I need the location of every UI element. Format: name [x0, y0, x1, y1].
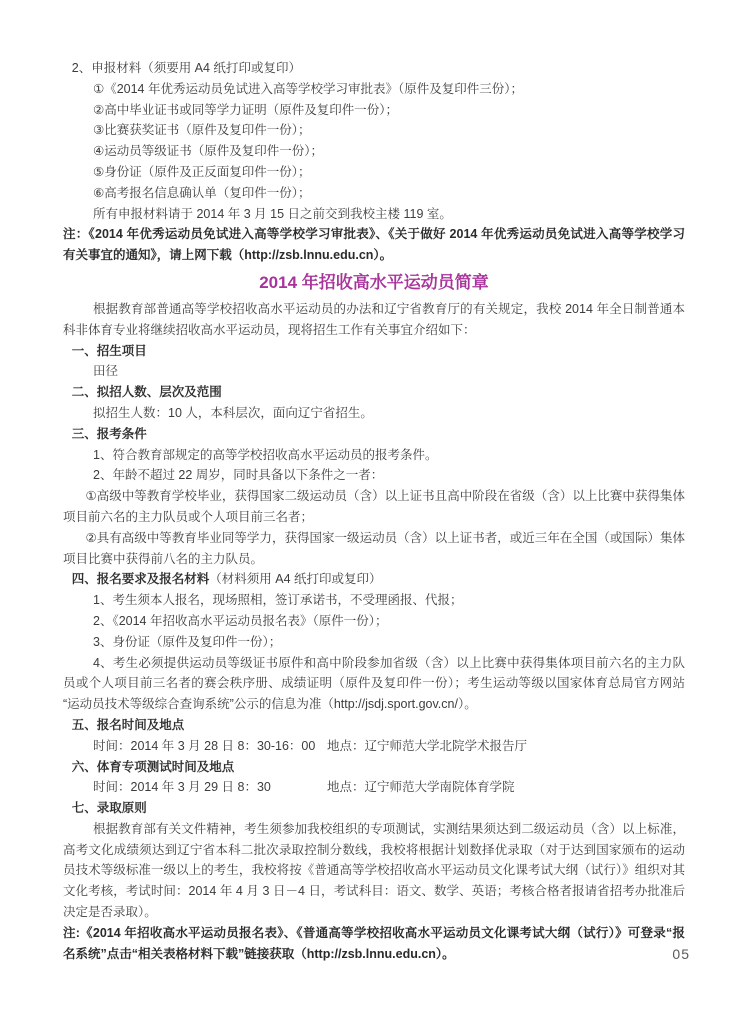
session-time: 时间：2014 年 3 月 28 日 8：30-16：00 — [93, 736, 327, 757]
section-4-heading: 四、报名要求及报名材料（材料须用 A4 纸打印或复印） — [63, 569, 685, 590]
section-5-schedule: 时间：2014 年 3 月 28 日 8：30-16：00地点：辽宁师范大学北院… — [63, 736, 685, 757]
section-3-heading: 三、报考条件 — [63, 424, 685, 445]
section-5-heading: 五、报名时间及地点 — [63, 715, 685, 736]
document-body: 2、申报材料（须要用 A4 纸打印或复印）①《2014 年优秀运动员免试进入高等… — [63, 58, 685, 964]
section-7-heading: 七、录取原则 — [63, 798, 685, 819]
session-place: 地点：辽宁师范大学北院学术报告厅 — [327, 739, 527, 753]
materials-list-item-5: ⑤身份证（原件及正反面复印件一份）； — [63, 162, 685, 183]
materials-list-item-3: ③比赛获奖证书（原件及复印件一份）； — [63, 120, 685, 141]
session-place: 地点：辽宁师范大学南院体育学院 — [327, 780, 515, 794]
section-1-sport: 田径 — [63, 361, 685, 382]
section-4-item-2: 2、《2014 年招收高水平运动员报名表》（原件一份）； — [63, 611, 685, 632]
heading-tail: （材料须用 A4 纸打印或复印） — [209, 572, 381, 586]
materials-list-item-1: ①《2014 年优秀运动员免试进入高等学校学习审批表》（原件及复印件三份）； — [63, 79, 685, 100]
section-6-schedule: 时间：2014 年 3 月 29 日 8：30地点：辽宁师范大学南院体育学院 — [63, 777, 685, 798]
section-1-heading: 一、招生项目 — [63, 341, 685, 362]
materials-list-item-6: ⑥高考报名信息确认单（复印件一份）； — [63, 183, 685, 204]
admission-policy-paragraph: 根据教育部有关文件精神，考生须参加我校组织的专项测试，实测结果须达到二级运动员（… — [63, 819, 685, 923]
materials-list-item-4: ④运动员等级证书（原件及复印件一份）； — [63, 141, 685, 162]
section-6-heading: 六、体育专项测试时间及地点 — [63, 757, 685, 778]
materials-deadline: 所有申报材料请于 2014 年 3 月 15 日之前交到我校主楼 119 室。 — [63, 204, 685, 225]
section-2-heading: 二、拟招人数、层次及范围 — [63, 382, 685, 403]
document-page: 2、申报材料（须要用 A4 纸打印或复印）①《2014 年优秀运动员免试进入高等… — [0, 0, 748, 1016]
section-4-item-4: 4、考生必须提供运动员等级证书原件和高中阶段参加省级（含）以上比赛中获得集体项目… — [63, 653, 685, 715]
note-exemption-download: 注：《2014 年优秀运动员免试进入高等学校学习审批表》、《关于做好 2014 … — [63, 224, 685, 266]
section-3-condition-2: ②具有高级中等教育毕业同等学力，获得国家一级运动员（含）以上证书者，或近三年在全… — [63, 528, 685, 570]
section-3-item-1: 1、符合教育部规定的高等学校招收高水平运动员的报考条件。 — [63, 445, 685, 466]
application-materials-heading: 2、申报材料（须要用 A4 纸打印或复印） — [63, 58, 685, 79]
note-forms-download: 注:《2014 年招收高水平运动员报名表》、《普通高等学校招收高水平运动员文化课… — [63, 923, 685, 965]
section-4-item-3: 3、身份证（原件及复印件一份）； — [63, 632, 685, 653]
intro-paragraph: 根据教育部普通高等学校招收高水平运动员的办法和辽宁省教育厅的有关规定，我校 20… — [63, 299, 685, 341]
section-2-body: 拟招生人数：10 人，本科层次，面向辽宁省招生。 — [63, 403, 685, 424]
document-title: 2014 年招收高水平运动员简章 — [63, 266, 685, 299]
section-4-item-1: 1、考生须本人报名，现场照相，签订承诺书，不受理函报、代报； — [63, 590, 685, 611]
section-3-condition-1: ①高级中等教育学校毕业，获得国家二级运动员（含）以上证书且高中阶段在省级（含）以… — [63, 486, 685, 528]
materials-list-item-2: ②高中毕业证书或同等学力证明（原件及复印件一份）； — [63, 100, 685, 121]
section-3-item-2: 2、年龄不超过 22 周岁，同时具备以下条件之一者： — [63, 465, 685, 486]
session-time: 时间：2014 年 3 月 29 日 8：30 — [93, 777, 327, 798]
page-number: 05 — [672, 946, 690, 962]
